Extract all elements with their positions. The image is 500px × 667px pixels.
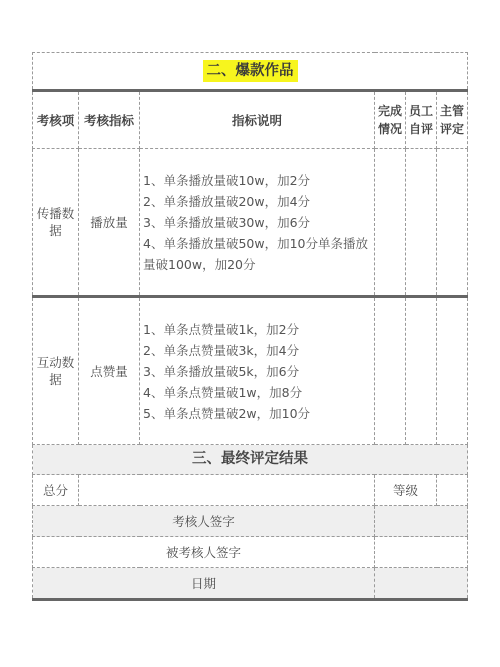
self-eval-input-cell[interactable]: [406, 149, 437, 297]
header-self-eval: 员工 自评: [406, 91, 437, 149]
description-line: 2、单条播放量破20w，加4分: [143, 191, 374, 212]
header-self-eval-line1: 员工: [406, 102, 436, 120]
total-score-row: 总分 等级: [33, 475, 468, 506]
supervisor-eval-input-cell[interactable]: [437, 297, 468, 445]
completion-input-cell[interactable]: [375, 149, 406, 297]
indicator-description-cell: 1、单条播放量破10w，加2分 2、单条播放量破20w，加4分 3、单条播放量破…: [140, 149, 375, 297]
assessee-signature-label: 被考核人签字: [33, 537, 375, 568]
header-indicator-description: 指标说明: [140, 91, 375, 149]
assessment-item-line1: 传播数: [33, 205, 78, 222]
header-supervisor-eval-line2: 评定: [437, 120, 467, 138]
section2-title-row: 二、爆款作品: [33, 53, 468, 91]
assessor-signature-row: 考核人签字: [33, 506, 468, 537]
header-self-eval-line2: 自评: [406, 120, 436, 138]
description-line: 4、单条播放量破50w，加10分单条播放量破100w，加20分: [143, 233, 374, 275]
assessment-item-cell: 传播数 据: [33, 149, 79, 297]
assessment-item-line1: 互动数: [33, 354, 78, 371]
description-line: 1、单条点赞量破1k，加2分: [143, 319, 374, 340]
assessee-signature-input[interactable]: [375, 537, 468, 568]
assessment-sheet: 二、爆款作品 考核项 考核指标 指标说明 完成 情况 员工 自评 主管 评定 传…: [32, 52, 467, 601]
assessor-signature-label: 考核人签字: [33, 506, 375, 537]
table-row-spread-data: 传播数 据 播放量 1、单条播放量破10w，加2分 2、单条播放量破20w，加4…: [33, 149, 468, 297]
assessment-item-cell: 互动数 据: [33, 297, 79, 445]
date-label: 日期: [33, 568, 375, 600]
section3-title: 三、最终评定结果: [33, 445, 468, 475]
date-input[interactable]: [375, 568, 468, 600]
grade-input[interactable]: [437, 475, 468, 506]
assessment-item-line2: 据: [33, 371, 78, 388]
grade-label: 等级: [375, 475, 437, 506]
header-row: 考核项 考核指标 指标说明 完成 情况 员工 自评 主管 评定: [33, 91, 468, 149]
description-line: 5、单条点赞量破2w，加10分: [143, 403, 374, 424]
header-completion-line2: 情况: [375, 120, 405, 138]
assessment-item-line2: 据: [33, 222, 78, 239]
table-row-interaction-data: 互动数 据 点赞量 1、单条点赞量破1k，加2分 2、单条点赞量破3k，加4分 …: [33, 297, 468, 445]
assessor-signature-input[interactable]: [375, 506, 468, 537]
description-line: 4、单条点赞量破1w，加8分: [143, 382, 374, 403]
assessee-signature-row: 被考核人签字: [33, 537, 468, 568]
header-assessment-item: 考核项: [33, 91, 79, 149]
description-line: 1、单条播放量破10w，加2分: [143, 170, 374, 191]
header-completion: 完成 情况: [375, 91, 406, 149]
date-row: 日期: [33, 568, 468, 600]
total-score-input[interactable]: [79, 475, 375, 506]
section2-title-cell: 二、爆款作品: [33, 53, 468, 91]
section2-title: 二、爆款作品: [203, 60, 298, 82]
header-completion-line1: 完成: [375, 102, 405, 120]
indicator-cell: 播放量: [79, 149, 140, 297]
assessment-table: 二、爆款作品 考核项 考核指标 指标说明 完成 情况 员工 自评 主管 评定 传…: [32, 52, 468, 601]
indicator-cell: 点赞量: [79, 297, 140, 445]
header-supervisor-eval-line1: 主管: [437, 102, 467, 120]
indicator-description-cell: 1、单条点赞量破1k，加2分 2、单条点赞量破3k，加4分 3、单条播放量破5k…: [140, 297, 375, 445]
header-supervisor-eval: 主管 评定: [437, 91, 468, 149]
total-score-label: 总分: [33, 475, 79, 506]
self-eval-input-cell[interactable]: [406, 297, 437, 445]
header-indicator: 考核指标: [79, 91, 140, 149]
section3-title-row: 三、最终评定结果: [33, 445, 468, 475]
supervisor-eval-input-cell[interactable]: [437, 149, 468, 297]
description-line: 2、单条点赞量破3k，加4分: [143, 340, 374, 361]
description-line: 3、单条播放量破30w，加6分: [143, 212, 374, 233]
completion-input-cell[interactable]: [375, 297, 406, 445]
description-line: 3、单条播放量破5k，加6分: [143, 361, 374, 382]
